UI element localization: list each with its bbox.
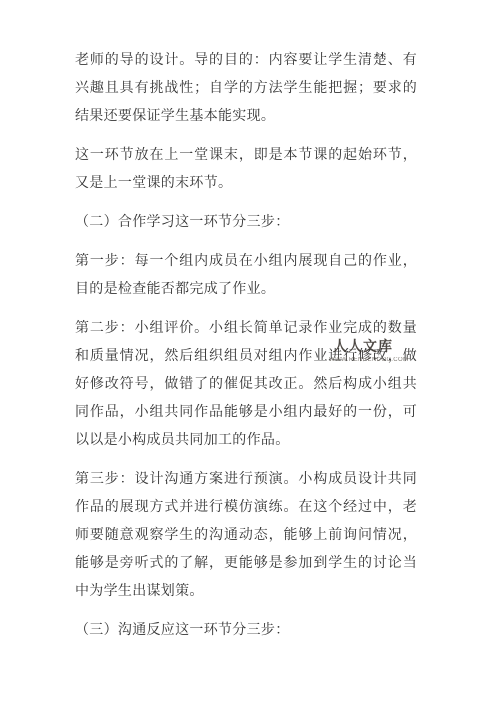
- paragraph-teacher-guide-design: 老师的导的设计。导的目的：内容要让学生清楚、有兴趣且具有挑战性；自学的方法学生能…: [75, 47, 417, 131]
- heading-section-2-cooperative-learning: （二）合作学习这一环节分三步：: [75, 209, 417, 237]
- paragraph-lesson-link: 这一环节放在上一堂课末，即是本节课的起始环节，又是上一堂课的末环节。: [75, 142, 417, 198]
- document-content: 老师的导的设计。导的目的：内容要让学生清楚、有兴趣且具有挑战性；自学的方法学生能…: [0, 0, 500, 645]
- paragraph-step-1: 第一步：每一个组内成员在小组内展现自己的作业，目的是检查能否都完成了作业。: [75, 248, 417, 304]
- document-page: 老师的导的设计。导的目的：内容要让学生清楚、有兴趣且具有挑战性；自学的方法学生能…: [0, 0, 500, 707]
- paragraph-step-3: 第三步：设计沟通方案进行预演。小构成员设计共同作品的展现方式并进行模仿演练。在这…: [75, 466, 417, 606]
- heading-section-3-communication-feedback: （三）沟通反应这一环节分三步：: [75, 617, 417, 645]
- paragraph-step-2: 第二步：小组评价。小组长简单记录作业完成的数量和质量情况，然后组织组员对组内作业…: [75, 315, 417, 455]
